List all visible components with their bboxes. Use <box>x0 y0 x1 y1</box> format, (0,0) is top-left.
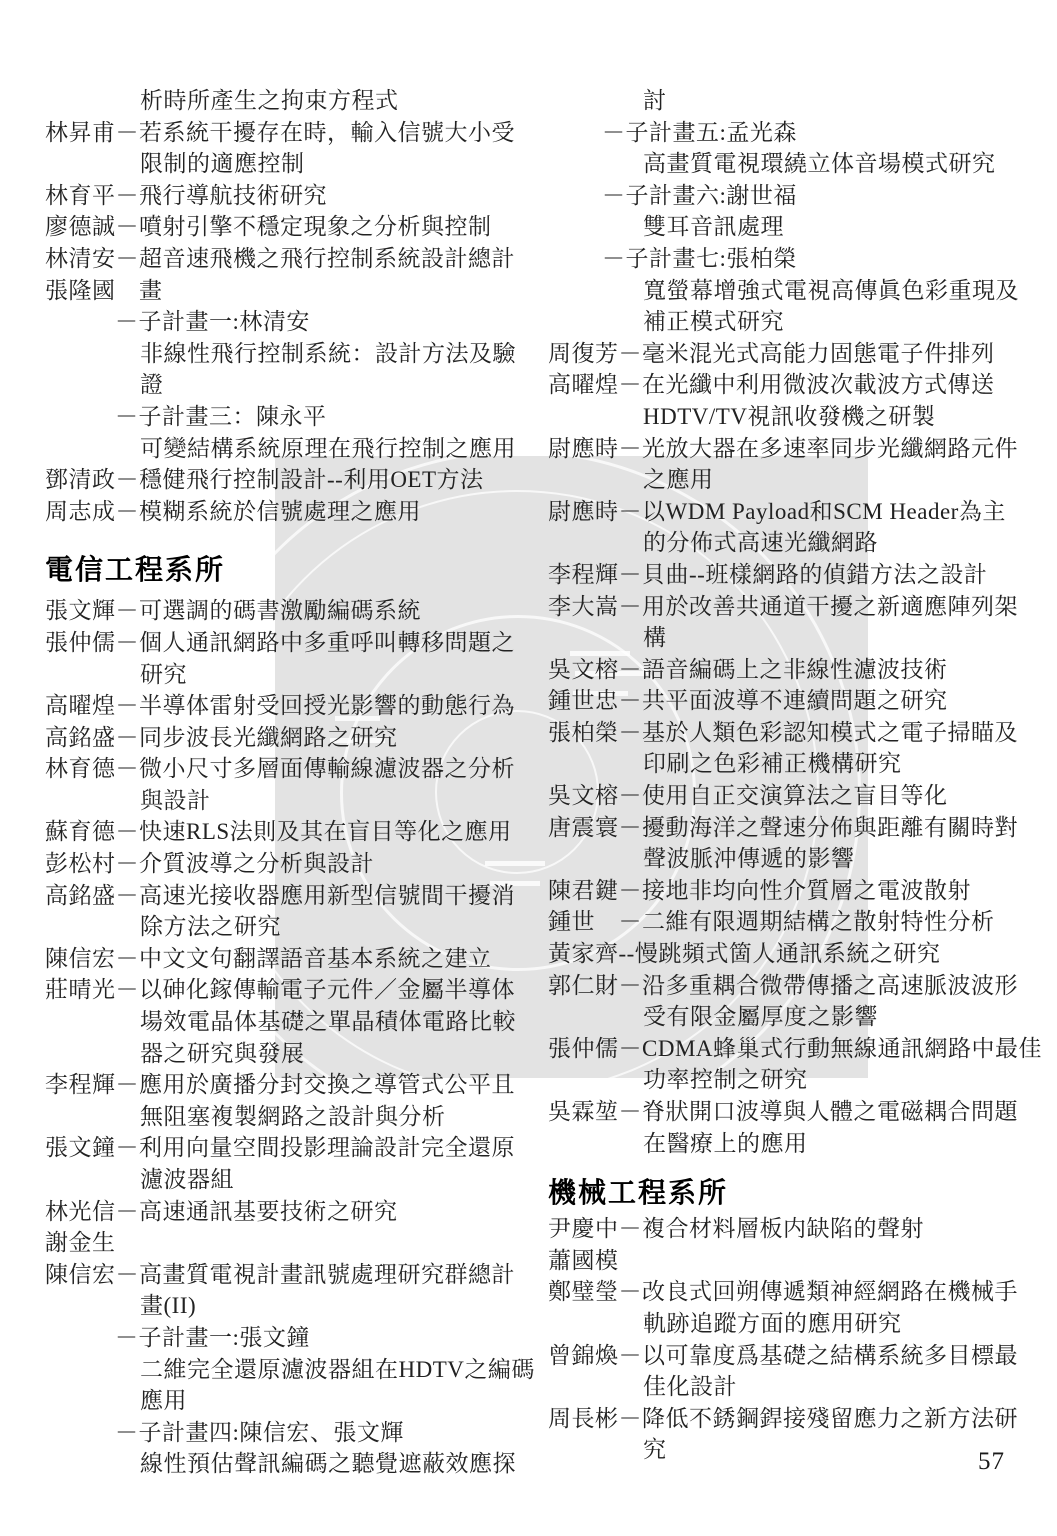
text-line: 吳文榕－語音編碼上之非線性濾波技術 <box>548 654 1034 686</box>
text-line: 可變結構系統原理在飛行控制之應用 <box>45 433 531 465</box>
text-line: 高曜煌－在光纖中利用微波次載波方式傳送 <box>548 369 1034 401</box>
text-line: 討 <box>548 85 1034 117</box>
text-line: 補正模式研究 <box>548 306 1034 338</box>
text-line: 唐震寰－擾動海洋之聲速分佈與距離有關時對 <box>548 812 1034 844</box>
text-line: 林昇甫－若系統干擾存在時，輸入信號大小受 <box>45 117 531 149</box>
text-line: HDTV/TV視訊收發機之研製 <box>548 401 1034 433</box>
text-line: 聲波脈沖傳遞的影響 <box>548 843 1034 875</box>
text-line: 陳信宏－高畫質電視計畫訊號處理研究群總計 <box>45 1259 531 1291</box>
text-line: 尉應時－以WDM Payload和SCM Header為主 <box>548 496 1034 528</box>
text-line: 李程輝－貝曲--班樣網路的偵錯方法之設計 <box>548 559 1034 591</box>
text-line: 高畫質電視環繞立体音場模式研究 <box>548 148 1034 180</box>
right-text-column: 討－子計畫五:孟光森高畫質電視環繞立体音場模式研究－子計畫六:謝世福雙耳音訊處理… <box>548 85 1034 1466</box>
left-text-column: 析時所產生之拘束方程式林昇甫－若系統干擾存在時，輸入信號大小受限制的適應控制林育… <box>45 85 531 1480</box>
text-line: 李大嵩－用於改善共通道干擾之新適應陣列架 <box>548 591 1034 623</box>
text-line: 鍾世忠－共平面波導不連續問題之研究 <box>548 685 1034 717</box>
text-line: 林光信－高速通訊基要技術之研究 <box>45 1196 531 1228</box>
text-line: －子計畫三：陳永平 <box>45 401 531 433</box>
text-line: 周志成－模糊系統於信號處理之應用 <box>45 496 531 528</box>
text-line: 鄧清政－穩健飛行控制設計--利用OET方法 <box>45 464 531 496</box>
text-line: 廖德誠－噴射引擎不穩定現象之分析與控制 <box>45 211 531 243</box>
text-line: 謝金生 <box>45 1227 531 1259</box>
text-line: 印刷之色彩補正機構研究 <box>548 748 1034 780</box>
text-line: 郭仁財－沿多重耦合微帶傳播之高速脈波波形 <box>548 970 1034 1002</box>
text-line: 的分佈式高速光纖網路 <box>548 527 1034 559</box>
text-line: 除方法之研究 <box>45 911 531 943</box>
section-heading: 機械工程系所 <box>548 1175 1034 1211</box>
text-line: 受有限金屬厚度之影響 <box>548 1001 1034 1033</box>
text-line: 李程輝－應用於廣播分封交換之導管式公平且 <box>45 1069 531 1101</box>
text-line: 與設計 <box>45 785 531 817</box>
text-line: 莊晴光－以砷化鎵傳輸電子元件／金屬半導体 <box>45 974 531 1006</box>
text-line: 吳文榕－使用自正交演算法之盲目等化 <box>548 780 1034 812</box>
text-line: 無阻塞複製網路之設計與分析 <box>45 1101 531 1133</box>
text-line: 黃家齊--慢跳頻式箇人通訊系統之研究 <box>548 938 1034 970</box>
text-line: 濾波器組 <box>45 1164 531 1196</box>
text-line: 析時所產生之拘束方程式 <box>45 85 531 117</box>
text-line: 林育平－飛行導航技術研究 <box>45 180 531 212</box>
text-line: 蘇育德－快速RLS法則及其在盲目等化之應用 <box>45 816 531 848</box>
text-line: －子計畫五:孟光森 <box>548 117 1034 149</box>
text-line: 林清安－超音速飛機之飛行控制系統設計總計 <box>45 243 531 275</box>
text-line: －子計畫七:張柏榮 <box>548 243 1034 275</box>
text-line: 彭松村－介質波導之分析與設計 <box>45 848 531 880</box>
text-line: 寬螢幕增強式電視高傳眞色彩重現及 <box>548 275 1034 307</box>
text-line: 張隆國 畫 <box>45 275 531 307</box>
text-line: 高曜煌－半導体雷射受回授光影響的動態行為 <box>45 690 531 722</box>
text-line: 之應用 <box>548 464 1034 496</box>
text-line: 張仲儒－CDMA蜂巢式行動無線通訊網路中最佳 <box>548 1033 1034 1065</box>
text-line: 陳信宏－中文文句翻譯語音基本系統之建立 <box>45 943 531 975</box>
text-line: 場效電晶体基礎之單晶積体電路比較 <box>45 1006 531 1038</box>
text-line: 曾錦煥－以可靠度爲基礎之結構系統多目標最 <box>548 1340 1034 1372</box>
text-line: 林育德－微小尺寸多層面傳輸線濾波器之分析 <box>45 753 531 785</box>
text-line: 究 <box>548 1434 1034 1466</box>
text-line: 佳化設計 <box>548 1371 1034 1403</box>
text-line: 張文輝－可選調的碼書激勵編碼系統 <box>45 595 531 627</box>
text-line: －子計畫六:謝世福 <box>548 180 1034 212</box>
text-line: 畫(II) <box>45 1290 531 1322</box>
text-line: 高銘盛－高速光接收器應用新型信號間干擾消 <box>45 880 531 912</box>
text-line: 器之研究與發展 <box>45 1038 531 1070</box>
text-line: 張柏榮－基於人類色彩認知模式之電子掃瞄及 <box>548 717 1034 749</box>
text-line: －子計畫四:陳信宏、張文輝 <box>45 1417 531 1449</box>
text-line: 限制的適應控制 <box>45 148 531 180</box>
text-line: 張文鐘－利用向量空間投影理論設計完全還原 <box>45 1132 531 1164</box>
text-line: 非線性飛行控制系統：設計方法及驗 <box>45 338 531 370</box>
text-line: 鄭璧瑩－改良式回朔傳遞類神經網路在機械手 <box>548 1276 1034 1308</box>
text-line: 鍾世 －二維有限週期結構之散射特性分析 <box>548 906 1034 938</box>
text-line: 尉應時－光放大器在多速率同步光纖網路元件 <box>548 433 1034 465</box>
text-line: 雙耳音訊處理 <box>548 211 1034 243</box>
text-line: 功率控制之研究 <box>548 1064 1034 1096</box>
text-line: 應用 <box>45 1385 531 1417</box>
section-heading: 電信工程系所 <box>45 552 531 588</box>
text-line: 吳霖堃－脊狀開口波導與人體之電磁耦合問題 <box>548 1096 1034 1128</box>
text-line: 構 <box>548 622 1034 654</box>
text-line: 張仲儒－個人通訊網路中多重呼叫轉移問題之 <box>45 627 531 659</box>
text-line: 尹慶中－複合材料層板内缺陷的聲射 <box>548 1213 1034 1245</box>
text-line: －子計畫一:張文鐘 <box>45 1322 531 1354</box>
text-line: 蕭國模 <box>548 1245 1034 1277</box>
text-line: 在醫療上的應用 <box>548 1128 1034 1160</box>
text-line: 證 <box>45 369 531 401</box>
text-line: 周長彬－降低不銹鋼銲接殘留應力之新方法研 <box>548 1403 1034 1435</box>
text-line: 線性預估聲訊編碼之聽覺遮蔽效應探 <box>45 1448 531 1480</box>
text-line: 研究 <box>45 659 531 691</box>
text-line: 陳君鍵－接地非均向性介質層之電波散射 <box>548 875 1034 907</box>
text-line: 軌跡追蹤方面的應用研究 <box>548 1308 1034 1340</box>
text-line: －子計畫一:林清安 <box>45 306 531 338</box>
text-line: 周復芳－毫米混光式高能力固態電子件排列 <box>548 338 1034 370</box>
text-line: 二維完全還原濾波器組在HDTV之編碼 <box>45 1354 531 1386</box>
document-page: 析時所產生之拘束方程式林昇甫－若系統干擾存在時，輸入信號大小受限制的適應控制林育… <box>0 0 1057 1536</box>
text-line: 高銘盛－同步波長光纖網路之研究 <box>45 722 531 754</box>
page-number: 57 <box>978 1448 1005 1476</box>
